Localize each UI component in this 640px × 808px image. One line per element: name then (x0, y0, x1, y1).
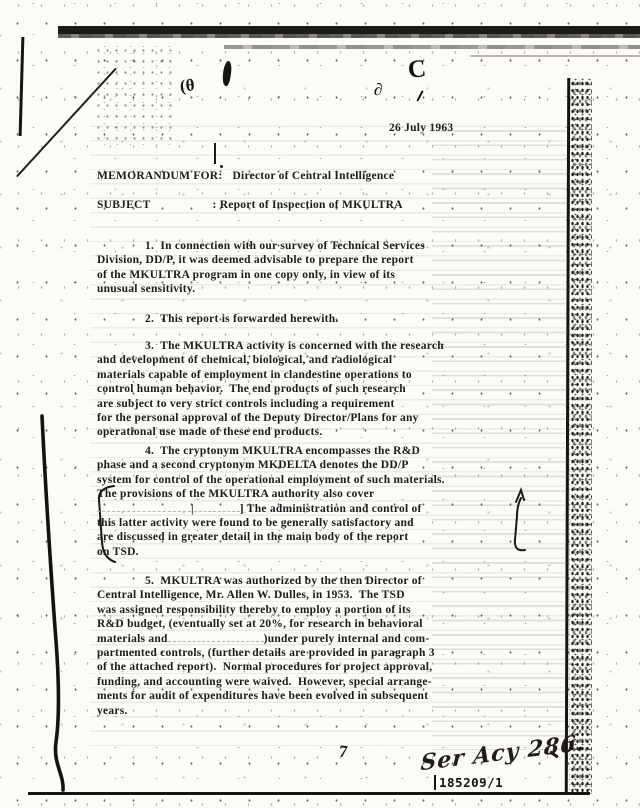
paragraph-3: 3. The MKULTRA activity is concerned wit… (97, 339, 557, 440)
pen-mark-vertical (214, 143, 216, 164)
para3-line: materials capable of employment in cland… (97, 368, 557, 382)
ink-blob-tail (416, 90, 424, 102)
para5-redaction-line: materials and)under purely internal and … (97, 632, 557, 646)
para3-line: control human behavior. The end products… (97, 382, 557, 396)
para4-line: are discussed in greater detail in the m… (97, 530, 557, 544)
para1-line: unusual sensitivity. (97, 282, 557, 296)
redaction-blank (168, 632, 264, 642)
subject-value: : Report of Inspection of MKULTRA (213, 199, 403, 211)
ink-blob-partial: ∂ (373, 80, 383, 101)
top-scan-streak-thin (470, 55, 640, 57)
memo-value: Director of Central Intelligence (232, 170, 394, 182)
para1-line: Division, DD/P, it was deemed advisable … (97, 253, 557, 267)
para4-line: this latter activity were found to be ge… (97, 516, 557, 530)
para3-line: 3. The MKULTRA activity is concerned wit… (97, 339, 557, 353)
para4-line: system for control of the operational em… (97, 473, 557, 487)
memo-label: MEMORANDUM FOR: (97, 170, 222, 182)
subject-label: SUBJECT (97, 199, 151, 211)
para4-redaction-line: |] The administration and control of (97, 502, 557, 516)
para4-line: The provisions of the MKULTRA authority … (97, 487, 557, 501)
para5-line: years. (97, 704, 557, 718)
pen-mark-dot (220, 165, 223, 168)
ink-blob-c: C (407, 55, 428, 85)
bottom-scan-line (28, 792, 590, 795)
paragraph-4: 4. The cryptonym MKULTRA encompasses the… (97, 444, 557, 559)
para4-redaction-rest: The administration and control of (244, 503, 422, 515)
para5-redaction-start: materials and (97, 633, 168, 645)
para4-line: 4. The cryptonym MKULTRA encompasses the… (97, 444, 557, 458)
para5-line: 5. MKULTRA was authorized by the then Di… (97, 574, 557, 588)
para1-line: of the MKULTRA program in one copy only,… (97, 268, 557, 282)
para5-line: ments for audit of expenditures have bee… (97, 689, 557, 703)
para3-line: and development of chemical, biological,… (97, 353, 557, 367)
handwritten-mark: 7 (338, 742, 349, 763)
para5-line: partmented controls, (further details ar… (97, 646, 557, 660)
para3-line: operational use made of these end produc… (97, 425, 557, 439)
memo-line: MEMORANDUM FOR:Director of Central Intel… (97, 169, 394, 183)
para4-line: phase and a second cryptonym MKDELTA den… (97, 458, 557, 472)
redaction-blank (97, 502, 191, 512)
scanned-memo-page: (θ ∂ C 26 July 1963 MEMORANDUM FOR:Direc… (0, 0, 640, 808)
para4-line: on TSD. (97, 545, 557, 559)
para5-line: R&D budget, (eventually set at 20%, for … (97, 617, 557, 631)
para3-line: are subject to very strict controls incl… (97, 397, 557, 411)
para5-line: Central Intelligence, Mr. Allen W. Dulle… (97, 588, 557, 602)
ink-blob-smudge (221, 60, 233, 86)
paragraph-5: 5. MKULTRA was authorized by the then Di… (97, 574, 557, 718)
para2-line: 2. This report is forwarded herewith. (97, 312, 557, 326)
left-edge-mark (19, 37, 25, 136)
paragraph-1: 1. In connection with our survey of Tech… (97, 239, 557, 297)
para1-line: 1. In connection with our survey of Tech… (97, 239, 557, 253)
para5-line: of the attached report). Normal procedur… (97, 660, 557, 674)
date: 26 July 1963 (389, 121, 453, 135)
para3-line: for the personal approval of the Deputy … (97, 411, 557, 425)
right-edge-speckle-band (569, 78, 592, 794)
para5-redaction-rest: under purely internal and com- (268, 633, 430, 645)
handwritten-signature: Ser Acy 286. (420, 730, 586, 777)
para5-line: was assigned responsibility thereby to e… (97, 603, 557, 617)
top-scan-streak (224, 45, 640, 49)
top-scan-band-texture (58, 34, 640, 38)
subject-line: SUBJECT: Report of Inspection of MKULTRA (97, 198, 403, 212)
left-wavy-scan-line (14, 408, 74, 800)
document-number-stamp: 185209/1 (434, 775, 503, 790)
para5-line: funding, and accounting were waived. How… (97, 675, 557, 689)
noise-cluster-top-left (92, 42, 178, 148)
ink-blob-paren-theta: (θ (179, 75, 196, 96)
redaction-blank (194, 502, 240, 512)
paragraph-2: 2. This report is forwarded herewith. (97, 312, 557, 326)
top-scan-band (58, 26, 640, 34)
